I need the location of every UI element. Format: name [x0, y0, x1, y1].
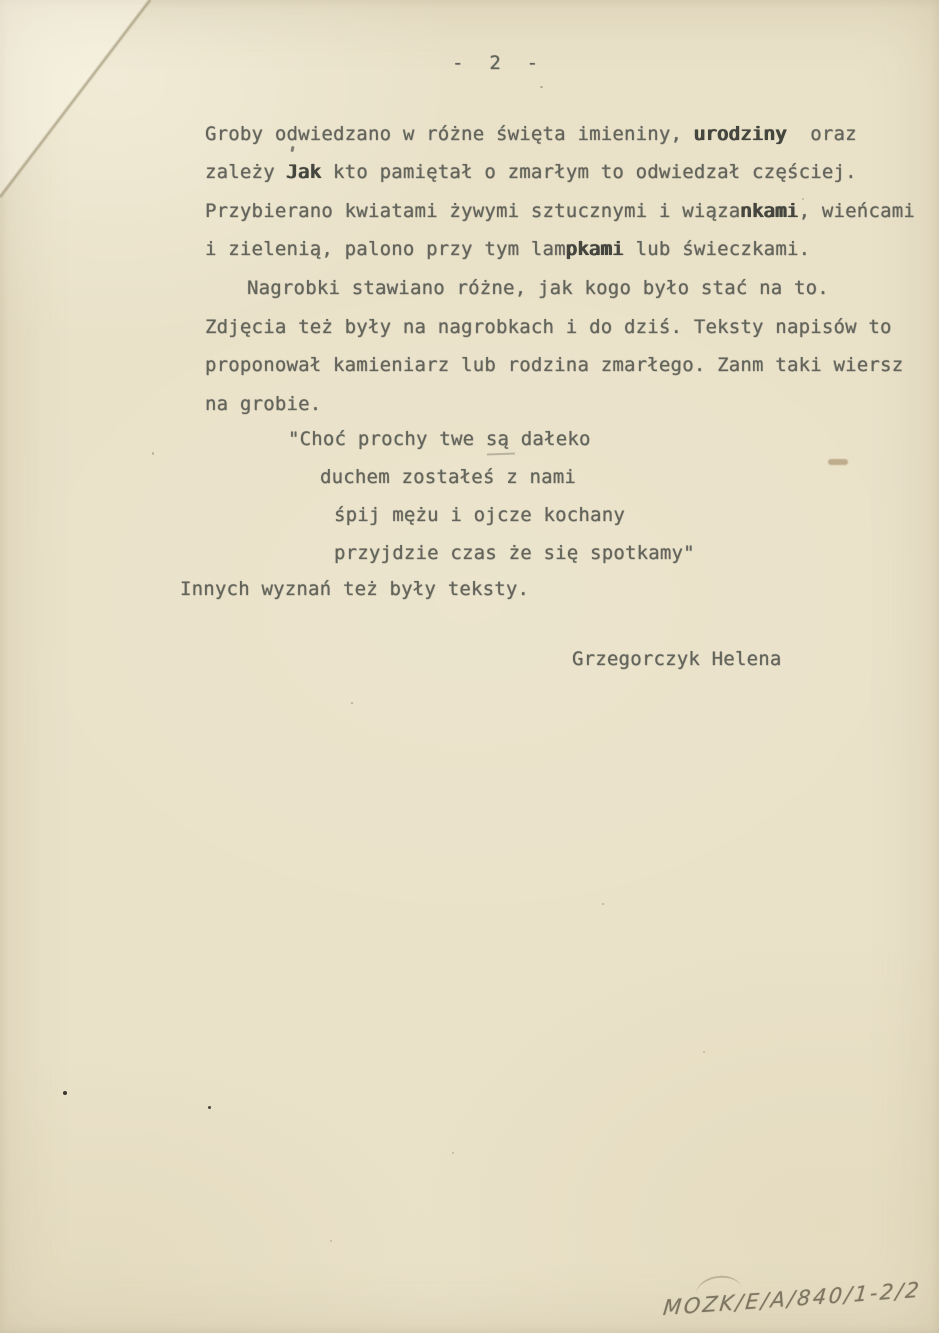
typed-line: Nagrobki stawiano różne, jak kogo było s…: [247, 277, 829, 299]
typed-line: Groby odwiedzano w różne święta imieniny…: [205, 123, 857, 145]
typed-line: i zielenią, palono przy tym lampkami lub…: [205, 238, 810, 260]
overtyped-text: pkami: [566, 238, 624, 260]
verse-line: przyjdzie czas że się spotkamy": [334, 542, 695, 564]
paper-speck: [602, 903, 604, 905]
paper-speck: [703, 1051, 705, 1053]
stray-type-mark: [290, 146, 294, 152]
overtyped-text: Jak: [286, 161, 321, 183]
typed-text: zależy: [205, 161, 286, 183]
paper-speck: [208, 1106, 211, 1109]
overtyped-text: nkami: [740, 200, 798, 222]
paper-speck: [452, 1152, 454, 1154]
typed-text: Przybierano kwiatami żywymi sztucznymi i…: [205, 200, 740, 222]
typed-line: proponował kamieniarz lub rodzina zmarłe…: [205, 354, 903, 376]
correction-underline-mark: [487, 453, 515, 456]
verse-line: "Choć prochy twe są dałeko: [288, 428, 591, 450]
verse-line: duchem zostałeś z nami: [320, 466, 576, 488]
scanned-document-page: - 2 - Groby odwiedzano w różne święta im…: [0, 0, 939, 1333]
paper-speck: [152, 452, 154, 455]
overtyped-text: urodziny: [694, 123, 787, 145]
typed-text: kto pamiętał o zmarłym to odwiedzał częś…: [321, 161, 856, 183]
typed-text: , wieńcami: [799, 200, 915, 222]
typed-line: Zdjęcia też były na nagrobkach i do dziś…: [205, 316, 892, 338]
closing-line: Innych wyznań też były teksty.: [180, 578, 529, 600]
typed-text: oraz: [787, 123, 857, 145]
paper-speck: [330, 1240, 332, 1242]
signature: Grzegorczyk Helena: [572, 648, 782, 670]
paper-speck: [351, 702, 353, 704]
paper-smudge: [828, 459, 848, 465]
typed-text: Groby odwiedzano w różne święta imieniny…: [205, 123, 694, 145]
page-number: - 2 -: [452, 52, 539, 74]
typed-text: i zielenią, palono przy tym lam: [205, 238, 566, 260]
typed-line: na grobie.: [205, 393, 321, 415]
verse-line: śpij mężu i ojcze kochany: [334, 504, 625, 526]
typed-line: Przybierano kwiatami żywymi sztucznymi i…: [205, 200, 915, 222]
typed-line: zależy Jak kto pamiętał o zmarłym to odw…: [205, 161, 857, 183]
typed-text: lub świeczkami.: [624, 238, 810, 260]
paper-speck: [540, 86, 543, 88]
paper-speck: [63, 1091, 67, 1095]
